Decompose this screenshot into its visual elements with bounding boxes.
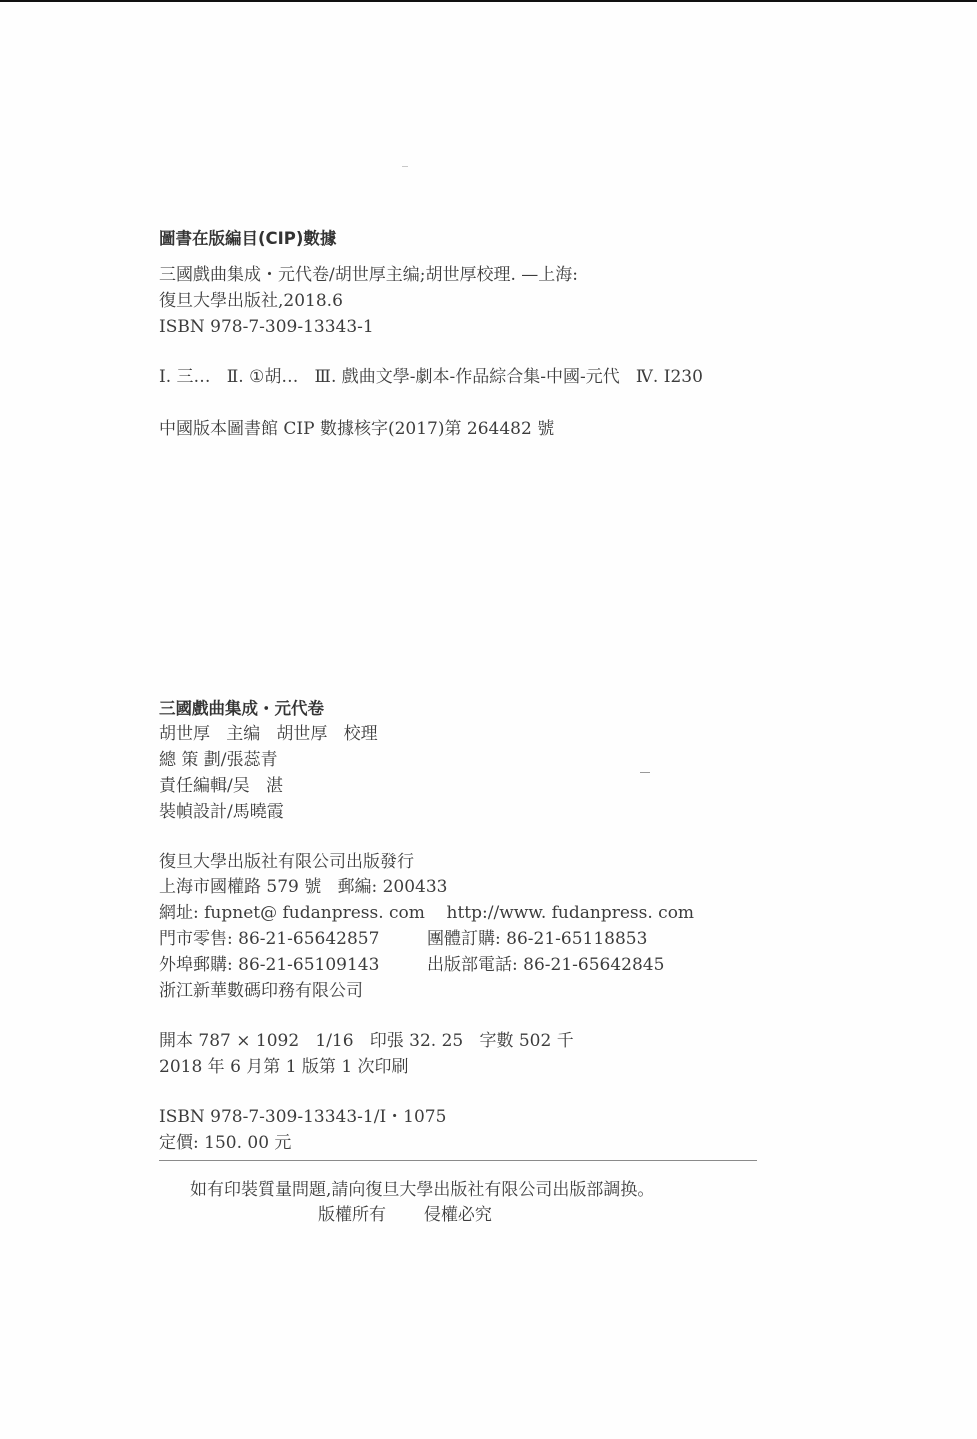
mail-order-phone: 外埠郵購: 86-21-65109143 (159, 955, 379, 975)
quality-notice: 如有印裝質量問題,請向復旦大學出版社有限公司出版部調换。 (190, 1180, 654, 1200)
designer-line: 裝幀設計/馬曉霞 (159, 802, 284, 822)
format-specs: 開本 787 × 1092 1/16 印張 32. 25 字數 502 千 (159, 1031, 574, 1051)
isbn-full: ISBN 978-7-309-13343-1/I・1075 (159, 1107, 446, 1127)
printer-name: 浙江新華數碼印務有限公司 (159, 981, 363, 1001)
publisher-address: 上海市國權路 579 號 郵編: 200433 (159, 877, 448, 897)
cip-entry-line1: 三國戲曲集成・元代卷/胡世厚主编;胡世厚校理. —上海: (159, 265, 578, 285)
cip-library-record: 中國版本圖書館 CIP 數據核字(2017)第 264482 號 (159, 419, 554, 439)
book-title: 三國戲曲集成・元代卷 (159, 699, 324, 719)
group-order-phone: 團體訂購: 86-21-65118853 (427, 929, 647, 949)
editor-line: 胡世厚 主编 胡世厚 校理 (159, 724, 378, 744)
edition-info: 2018 年 6 月第 1 版第 1 次印刷 (159, 1057, 409, 1077)
scan-speck (402, 166, 408, 167)
publishing-dept-phone: 出版部電話: 86-21-65642845 (427, 955, 664, 975)
page-top-border (0, 0, 977, 2)
publisher-name: 復旦大學出版社有限公司出版發行 (159, 852, 414, 872)
publisher-web: 網址: fupnet@ fudanpress. com http://www. … (159, 903, 694, 923)
price: 定價: 150. 00 元 (159, 1133, 291, 1153)
planner-line: 總 策 劃/張蕊青 (159, 750, 278, 770)
rights-notice: 版權所有 侵權必究 (318, 1205, 492, 1225)
divider-rule (159, 1160, 757, 1161)
retail-phone: 門市零售: 86-21-65642857 (159, 929, 379, 949)
cip-entry-line2: 復旦大學出版社,2018.6 (159, 291, 343, 311)
scan-speck (640, 772, 650, 773)
cip-isbn: ISBN 978-7-309-13343-1 (159, 317, 374, 337)
cip-heading: 圖書在版編目(CIP)數據 (159, 229, 336, 249)
responsible-editor-line: 責任編輯/吴 湛 (159, 776, 283, 796)
cip-classification: Ⅰ. 三… Ⅱ. ①胡… Ⅲ. 戲曲文學-劇本-作品綜合集-中國-元代 Ⅳ. I… (159, 367, 703, 387)
